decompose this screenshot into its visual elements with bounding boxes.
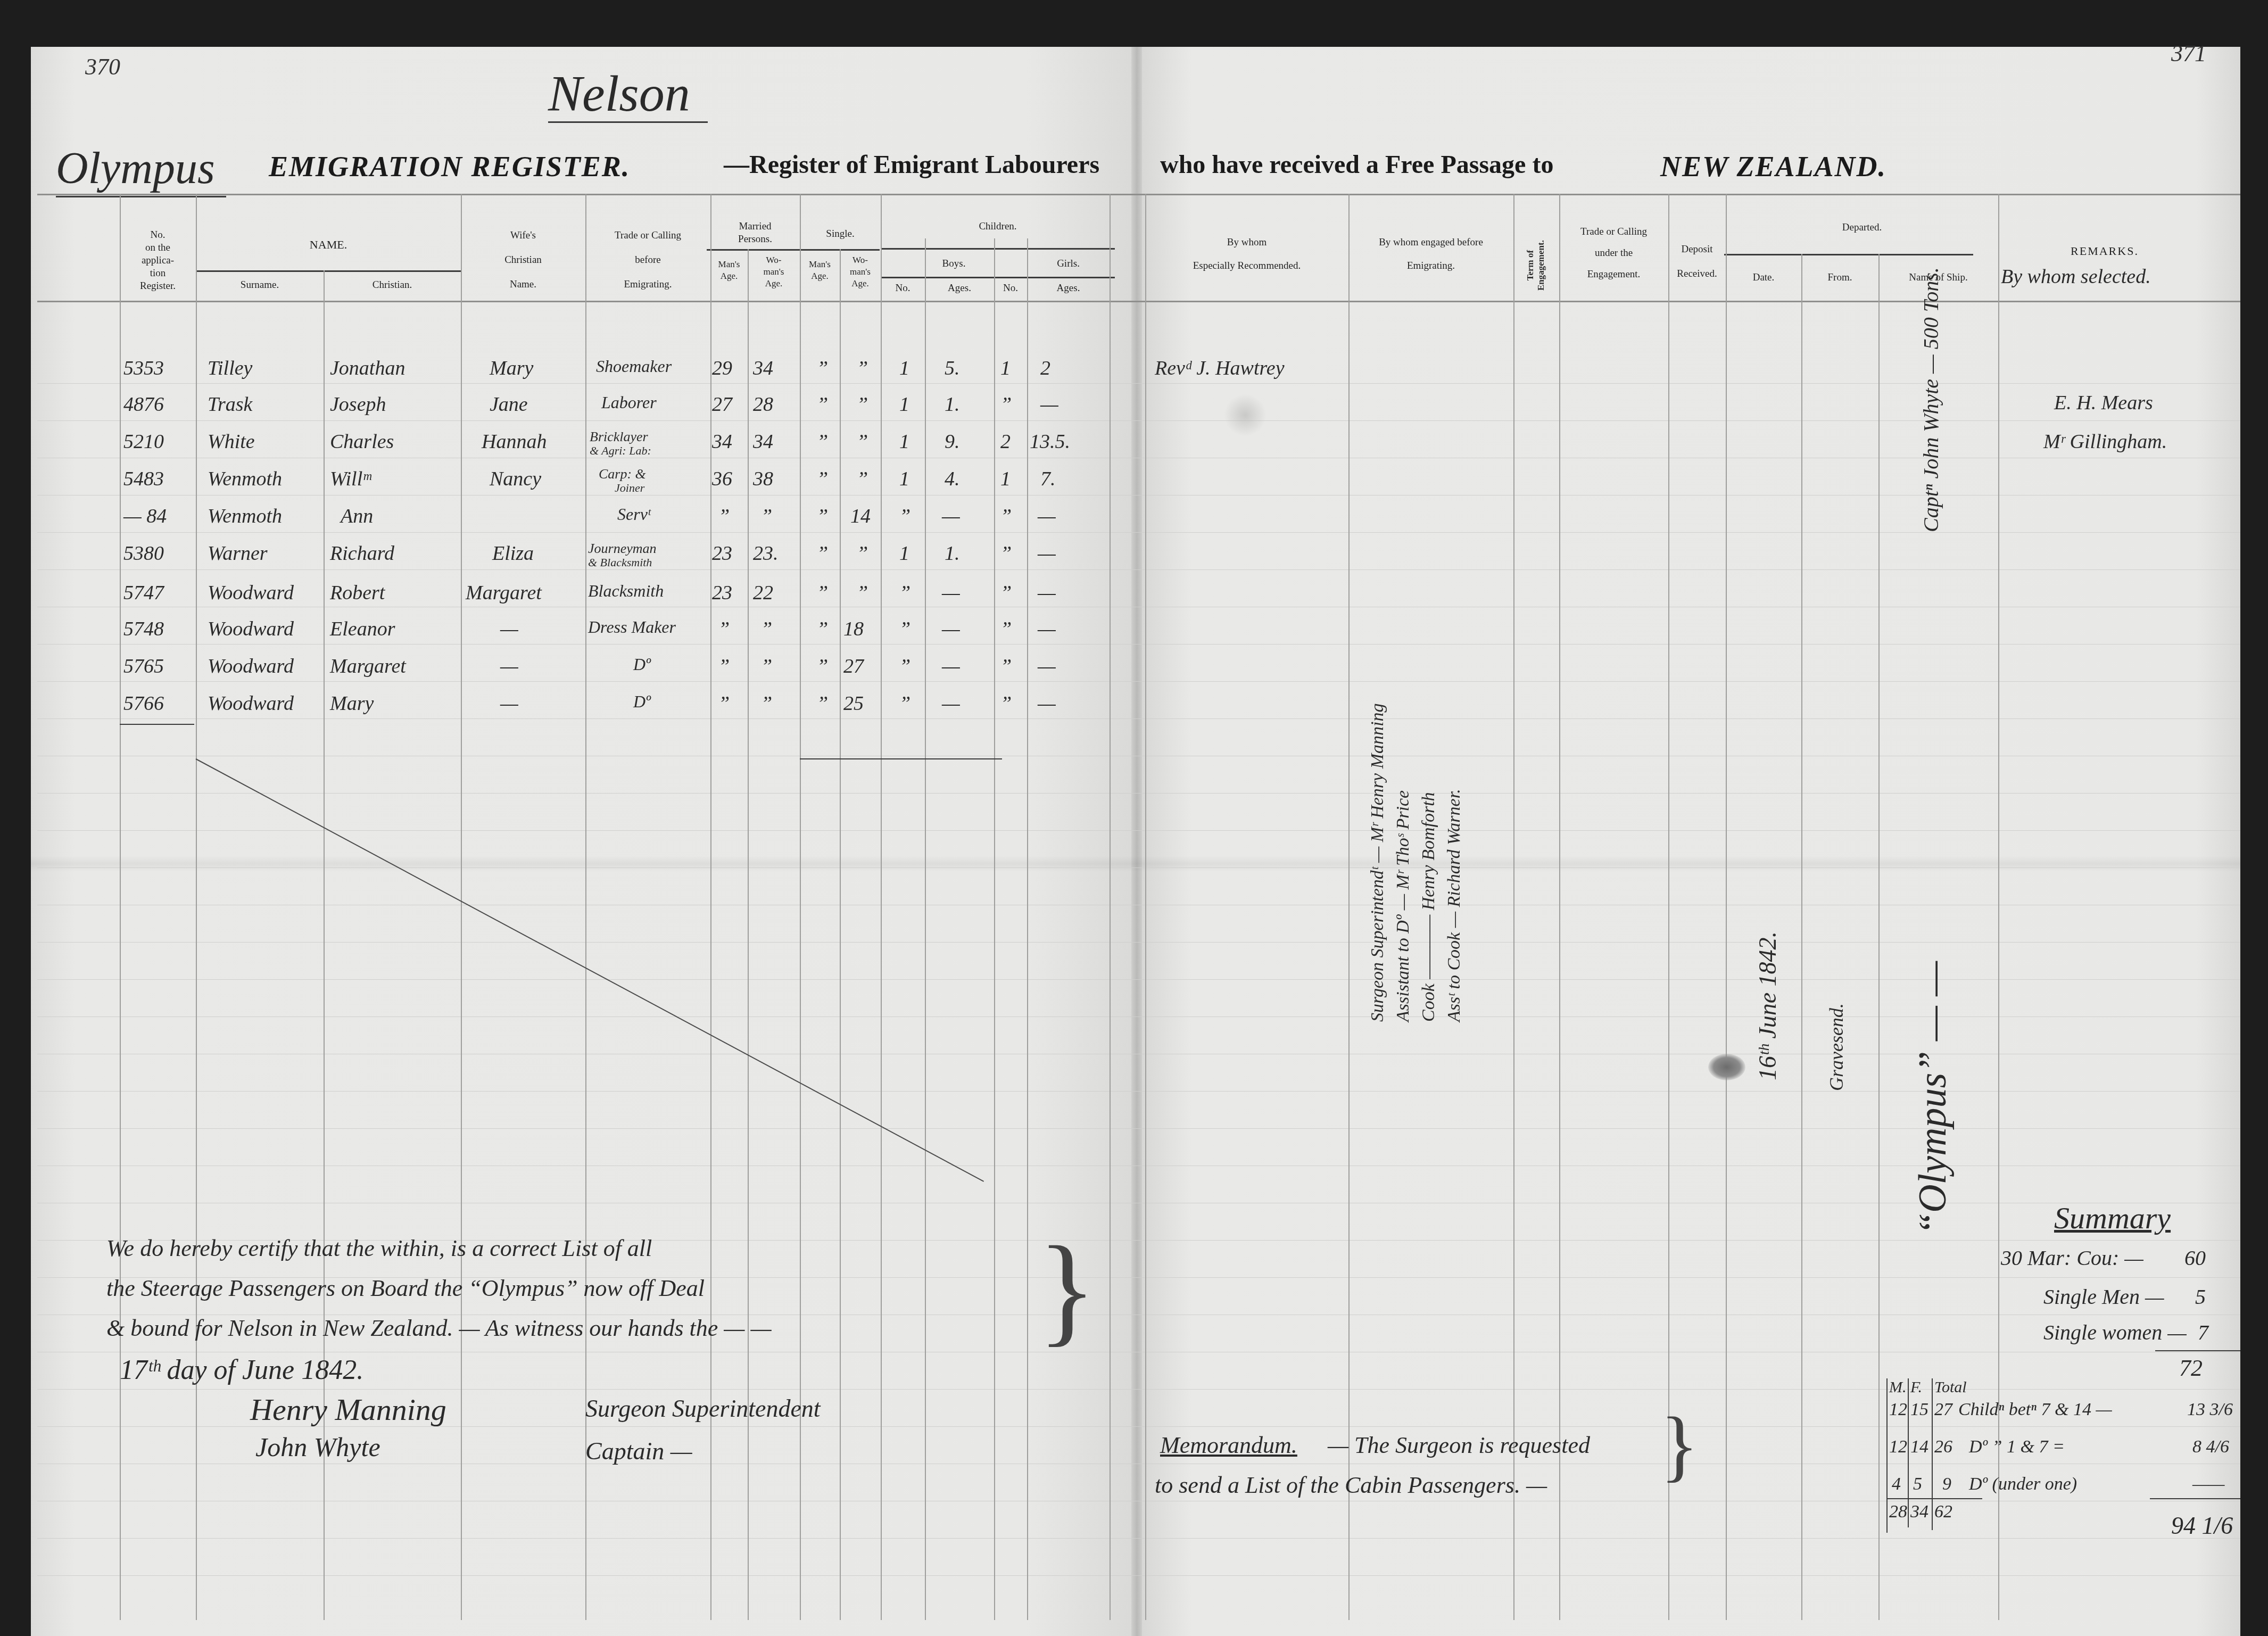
row-7-m-man: ” [718, 617, 730, 641]
row-6-christian: Robert [330, 581, 385, 605]
row-8-m-man: ” [718, 655, 730, 678]
row-3-m-woman: 38 [753, 467, 773, 491]
page-number-right: 371 [2171, 40, 2206, 67]
row-1-boys-ages: 1. [945, 393, 960, 416]
ink-blot [1708, 1054, 1745, 1080]
signature-surgeon-role: Surgeon Superintendent [585, 1394, 821, 1423]
header-recommended: By whomEspecially Recommended. [1145, 231, 1348, 278]
memorandum-line2: to send a List of the Cabin Passengers. … [1155, 1472, 1547, 1499]
summary-line-2-value: 7 [2198, 1320, 2208, 1345]
row-8-girls-no: ” [1000, 655, 1012, 678]
departed-ship: “Olympus” — — [1910, 961, 1956, 1235]
row-6-surname: Woodward [208, 581, 294, 605]
register-destination: NEW ZEALAND. [1660, 150, 1886, 183]
summary-line-0-value: 60 [2184, 1245, 2206, 1270]
header-trade-under: Trade or Callingunder theEngagement. [1559, 221, 1668, 285]
summary-row-2-f: 5 [1913, 1474, 1922, 1494]
row-8-s-woman: 27 [843, 655, 864, 678]
boys-girls-subrule [881, 277, 1115, 278]
header-single: Single. [800, 228, 881, 241]
cert-line-3: 17ᵗʰ day of June 1842. [120, 1354, 363, 1386]
married-single-subrule [707, 249, 880, 251]
row-4-trade: Servᵗ [617, 505, 650, 524]
row-7-surname: Woodward [208, 617, 294, 641]
row-3-wife: Nancy [490, 467, 541, 491]
row-5-s-man: ” [817, 542, 828, 565]
row-5-boys-no: 1 [899, 542, 909, 565]
crew-notes: Surgeon Superintendᵗ — Mʳ Henry Manning … [1365, 704, 1467, 1022]
row-7-trade: Dress Maker [588, 617, 676, 637]
row-4-girls-ages: — [1038, 505, 1056, 528]
recommended-by: Revᵈ J. Hawtrey [1155, 357, 1285, 380]
row-9-christian: Mary [330, 692, 374, 715]
header-name: NAME. [196, 238, 461, 251]
row-0-wife: Mary [490, 357, 533, 380]
departed-from: Gravesend. [1825, 1003, 1848, 1091]
row-4-christian: Ann [341, 505, 373, 528]
header-app-no: No.on theapplica-tionRegister. [120, 229, 196, 293]
row-5-christian: Richard [330, 542, 394, 565]
row-0-surname: Tilley [208, 357, 252, 380]
summary-line-1-value: 5 [2195, 1284, 2206, 1309]
row-9-no: 5766 [123, 692, 164, 715]
row-7-no: 5748 [123, 617, 164, 641]
row-5-surname: Warner [208, 542, 268, 565]
header-bottom-rule [37, 301, 2240, 302]
row-2-boys-ages: 9. [945, 430, 960, 453]
row-8-surname: Woodward [208, 655, 294, 678]
row-0-s-man: ” [817, 357, 828, 380]
row-2-christian: Charles [330, 430, 394, 453]
row-2-s-man: ” [817, 430, 828, 453]
header-christian: Christian. [324, 279, 461, 292]
remarks-entry-0: E. H. Mears [2054, 391, 2153, 415]
settlement-heading: Nelson [548, 64, 690, 123]
register-subtitle-right: who have received a Free Passage to [1160, 150, 1553, 179]
signature-captain: John Whyte [255, 1432, 380, 1463]
signature-captain-role: Captain — [585, 1437, 692, 1465]
header-departed: Departed. [1726, 221, 1998, 234]
header-from: From. [1801, 271, 1878, 284]
row-7-boys-no: ” [899, 617, 910, 641]
row-4-s-man: ” [817, 505, 828, 528]
cert-brace: } [1038, 1219, 1096, 1360]
row-4-m-woman: ” [761, 505, 772, 528]
page-number-left: 370 [85, 53, 120, 80]
row-8-no: 5765 [123, 655, 164, 678]
summary-total-m: 28 [1889, 1502, 1907, 1522]
summary-row-2-total: 9 [1942, 1474, 1951, 1494]
row-0-m-man: 29 [712, 357, 732, 380]
header-term: Term ofEngagement. [1525, 240, 1546, 291]
row-8-christian: Margaret [330, 655, 406, 678]
row-0-trade: Shoemaker [596, 357, 672, 376]
row-2-trade: Bricklayer& Agri: Lab: [590, 430, 651, 458]
row-4-boys-no: ” [899, 505, 910, 528]
row-6-boys-no: ” [899, 581, 910, 605]
summary-row-1-f: 14 [1910, 1437, 1928, 1457]
row-3-christian: Willᵐ [330, 467, 371, 491]
row-2-girls-no: 2 [1000, 430, 1011, 453]
summary-row-2-value: —— [2192, 1474, 2224, 1494]
row-8-trade: Dº [633, 655, 651, 674]
row-5-no: 5380 [123, 542, 164, 565]
row-3-boys-ages: 4. [945, 467, 960, 491]
row-1-christian: Joseph [330, 393, 386, 416]
signature-surgeon: Henry Manning [250, 1392, 446, 1427]
header-surname: Surname. [196, 279, 324, 292]
header-remarks-sub: By whom selected. [2001, 265, 2151, 288]
summary-row-0-total: 27 [1934, 1400, 1952, 1420]
page-fold [31, 856, 2240, 872]
row-4-boys-ages: — [942, 505, 960, 528]
row-9-s-man: ” [817, 692, 828, 715]
row-7-christian: Eleanor [330, 617, 395, 641]
row-5-boys-ages: 1. [945, 542, 960, 565]
row-1-surname: Trask [208, 393, 252, 416]
row-7-wife: — [500, 617, 518, 641]
header-girls-no: No. [994, 282, 1027, 295]
row-7-girls-no: ” [1000, 617, 1012, 641]
register-title: EMIGRATION REGISTER. [269, 150, 630, 183]
cert-line-1: the Steerage Passengers on Board the “Ol… [106, 1275, 705, 1302]
summary-row-2-desc: Dº (under one) [1969, 1474, 2077, 1494]
row-0-no: 5353 [123, 357, 164, 380]
row-8-girls-ages: — [1038, 655, 1056, 678]
header-deposit: DepositReceived. [1668, 237, 1726, 286]
summary-subtotal: 72 [2179, 1354, 2203, 1382]
row-9-s-woman: 25 [843, 692, 864, 715]
memorandum-label: Memorandum. [1160, 1432, 1297, 1459]
remarks-entry-1: Mʳ Gillingham. [2043, 430, 2167, 453]
summary-line-1-label: Single Men — [2043, 1284, 2164, 1309]
summary-row-1-desc: Dº ” 1 & 7 = [1969, 1437, 2065, 1457]
row-6-wife: Margaret [466, 581, 542, 605]
departed-subrule [1724, 254, 1973, 255]
header-girls-ages: Ages. [1027, 282, 1110, 295]
row-5-m-man: 23 [712, 542, 732, 565]
header-single-mans-age: Man'sAge. [800, 259, 840, 282]
book-gutter [1131, 47, 1142, 1636]
row-4-no: — 84 [123, 505, 167, 528]
row-6-m-man: 23 [712, 581, 732, 605]
row-1-girls-no: ” [1000, 393, 1012, 416]
row-3-trade: Carp: &Joiner [599, 467, 646, 495]
row-2-girls-ages: 13.5. [1030, 430, 1070, 453]
row-1-m-man: 27 [712, 393, 732, 416]
row-5-girls-no: ” [1000, 542, 1012, 565]
row-9-wife: — [500, 692, 518, 715]
settlement-underline [548, 121, 708, 123]
departed-date: 16ᵗʰ June 1842. [1753, 931, 1782, 1080]
row-2-no: 5210 [123, 430, 164, 453]
header-engaged: By whom engaged beforeEmigrating. [1348, 231, 1513, 278]
row-2-wife: Hannah [482, 430, 547, 453]
row-1-no: 4876 [123, 393, 164, 416]
row-9-m-man: ” [718, 692, 730, 715]
row-7-s-man: ” [817, 617, 828, 641]
summary-row-0-f: 15 [1910, 1400, 1928, 1420]
row-5-girls-ages: — [1038, 542, 1056, 565]
summary-hdr-f: F. [1910, 1378, 1922, 1397]
row-9-m-woman: ” [761, 692, 772, 715]
summary-row-0-desc: Childⁿ betⁿ 7 & 14 — [1958, 1400, 2112, 1420]
row-7-m-woman: ” [761, 617, 772, 641]
memorandum-line1: — The Surgeon is requested [1328, 1432, 1590, 1459]
summary-hdr-total: Total [1934, 1378, 1967, 1397]
summary-line-2-label: Single women — [2043, 1320, 2187, 1345]
row-7-girls-ages: — [1038, 617, 1056, 641]
row-6-m-woman: 22 [753, 581, 773, 605]
header-married: MarriedPersons. [710, 220, 800, 246]
row-4-s-woman: 14 [850, 505, 871, 528]
row-6-girls-ages: — [1038, 581, 1056, 605]
header-married-womans-age: Wo-man'sAge. [748, 254, 800, 290]
row-4-m-man: ” [718, 505, 730, 528]
row-0-boys-ages: 5. [945, 357, 960, 380]
children-subrule [881, 248, 1115, 250]
row-0-m-woman: 34 [753, 357, 773, 380]
header-top-rule [37, 194, 2240, 195]
summary-row-0-m: 12 [1889, 1400, 1907, 1420]
summary-title: Summary [2054, 1200, 2171, 1236]
row-0-christian: Jonathan [330, 357, 405, 380]
row-4-girls-no: ” [1000, 505, 1012, 528]
summary-row-1-value: 8 4/6 [2192, 1437, 2229, 1457]
row-5-m-woman: 23. [753, 542, 779, 565]
row-6-no: 5747 [123, 581, 164, 605]
row-6-s-woman: ” [857, 581, 868, 605]
header-trade: Trade or CallingbeforeEmigrating. [585, 224, 710, 297]
row-3-surname: Wenmoth [208, 467, 282, 491]
row-8-boys-no: ” [899, 655, 910, 678]
header-girls: Girls. [1027, 258, 1110, 270]
summary-line-0-label: 30 Mar: Cou: — [2001, 1245, 2143, 1270]
row-3-girls-no: 1 [1000, 467, 1011, 491]
cert-line-2: & bound for Nelson in New Zealand. — As … [106, 1315, 772, 1342]
header-wife: Wife'sChristianName. [461, 224, 585, 297]
summary-total-total: 62 [1934, 1502, 1952, 1522]
row-0-s-woman: ” [857, 357, 868, 380]
row-7-s-woman: 18 [843, 617, 864, 641]
row-1-boys-no: 1 [899, 393, 909, 416]
summary-total-f: 34 [1910, 1502, 1928, 1522]
row-2-surname: White [208, 430, 255, 453]
summary-row-1-total: 26 [1934, 1437, 1952, 1457]
row-3-boys-no: 1 [899, 467, 909, 491]
row-8-wife: — [500, 655, 518, 678]
row-2-s-woman: ” [857, 430, 868, 453]
row-5-trade: Journeyman& Blacksmith [588, 542, 657, 569]
row-4-surname: Wenmoth [208, 505, 282, 528]
departed-ship-detail: Captⁿ John Whyte — 500 Tons. [1918, 267, 1943, 532]
row-6-boys-ages: — [942, 581, 960, 605]
row-6-girls-no: ” [1000, 581, 1012, 605]
row-3-s-man: ” [817, 467, 828, 491]
row-9-surname: Woodward [208, 692, 294, 715]
row-3-no: 5483 [123, 467, 164, 491]
summary-row-2-m: 4 [1892, 1474, 1901, 1494]
row-3-m-man: 36 [712, 467, 732, 491]
row-0-girls-no: 1 [1000, 357, 1011, 380]
row-6-s-man: ” [817, 581, 828, 605]
row-9-trade: Dº [633, 692, 651, 712]
ship-label-underline [56, 196, 226, 197]
row-5-s-woman: ” [857, 542, 868, 565]
header-remarks: REMARKS. [1998, 245, 2211, 258]
row-8-s-man: ” [817, 655, 828, 678]
summary-hdr-m: M. [1889, 1378, 1907, 1397]
summary-row-1-m: 12 [1889, 1437, 1907, 1457]
header-children: Children. [881, 220, 1115, 233]
row-9-boys-no: ” [899, 692, 910, 715]
row-3-girls-ages: 7. [1040, 467, 1056, 491]
row-9-boys-ages: — [942, 692, 960, 715]
row-0-boys-no: 1 [899, 357, 909, 380]
name-subrule [196, 270, 461, 272]
row-8-m-woman: ” [761, 655, 772, 678]
row-1-s-man: ” [817, 393, 828, 416]
row-3-s-woman: ” [857, 467, 868, 491]
header-single-womans-age: Wo-man'sAge. [840, 254, 881, 290]
row-1-wife: Jane [490, 393, 528, 416]
row-8-boys-ages: — [942, 655, 960, 678]
summary-row-0-value: 13 3/6 [2187, 1400, 2233, 1420]
row-5-wife: Eliza [492, 542, 534, 565]
row-7-boys-ages: — [942, 617, 960, 641]
row-2-m-man: 34 [712, 430, 732, 453]
row-9-girls-no: ” [1000, 692, 1012, 715]
header-married-mans-age: Man'sAge. [710, 259, 748, 282]
summary-grand-total: 94 1/6 [2171, 1511, 2233, 1540]
row-1-s-woman: ” [857, 393, 868, 416]
header-boys-no: No. [881, 282, 925, 295]
row-2-boys-no: 1 [899, 430, 909, 453]
row-2-m-woman: 34 [753, 430, 773, 453]
cert-line-0: We do hereby certify that the within, is… [106, 1235, 652, 1262]
header-date: Date. [1726, 271, 1801, 284]
row-0-girls-ages: 2 [1040, 357, 1050, 380]
row-9-girls-ages: — [1038, 692, 1056, 715]
row-1-m-woman: 28 [753, 393, 773, 416]
header-boys: Boys. [881, 258, 1027, 270]
row-1-trade: Laborer [601, 393, 657, 412]
register-subtitle-left: —Register of Emigrant Labourers [724, 150, 1099, 179]
row-1-girls-ages: — [1040, 393, 1058, 416]
ship-label: Olympus [56, 143, 215, 194]
row-6-trade: Blacksmith [588, 581, 664, 601]
header-boys-ages: Ages. [925, 282, 994, 295]
